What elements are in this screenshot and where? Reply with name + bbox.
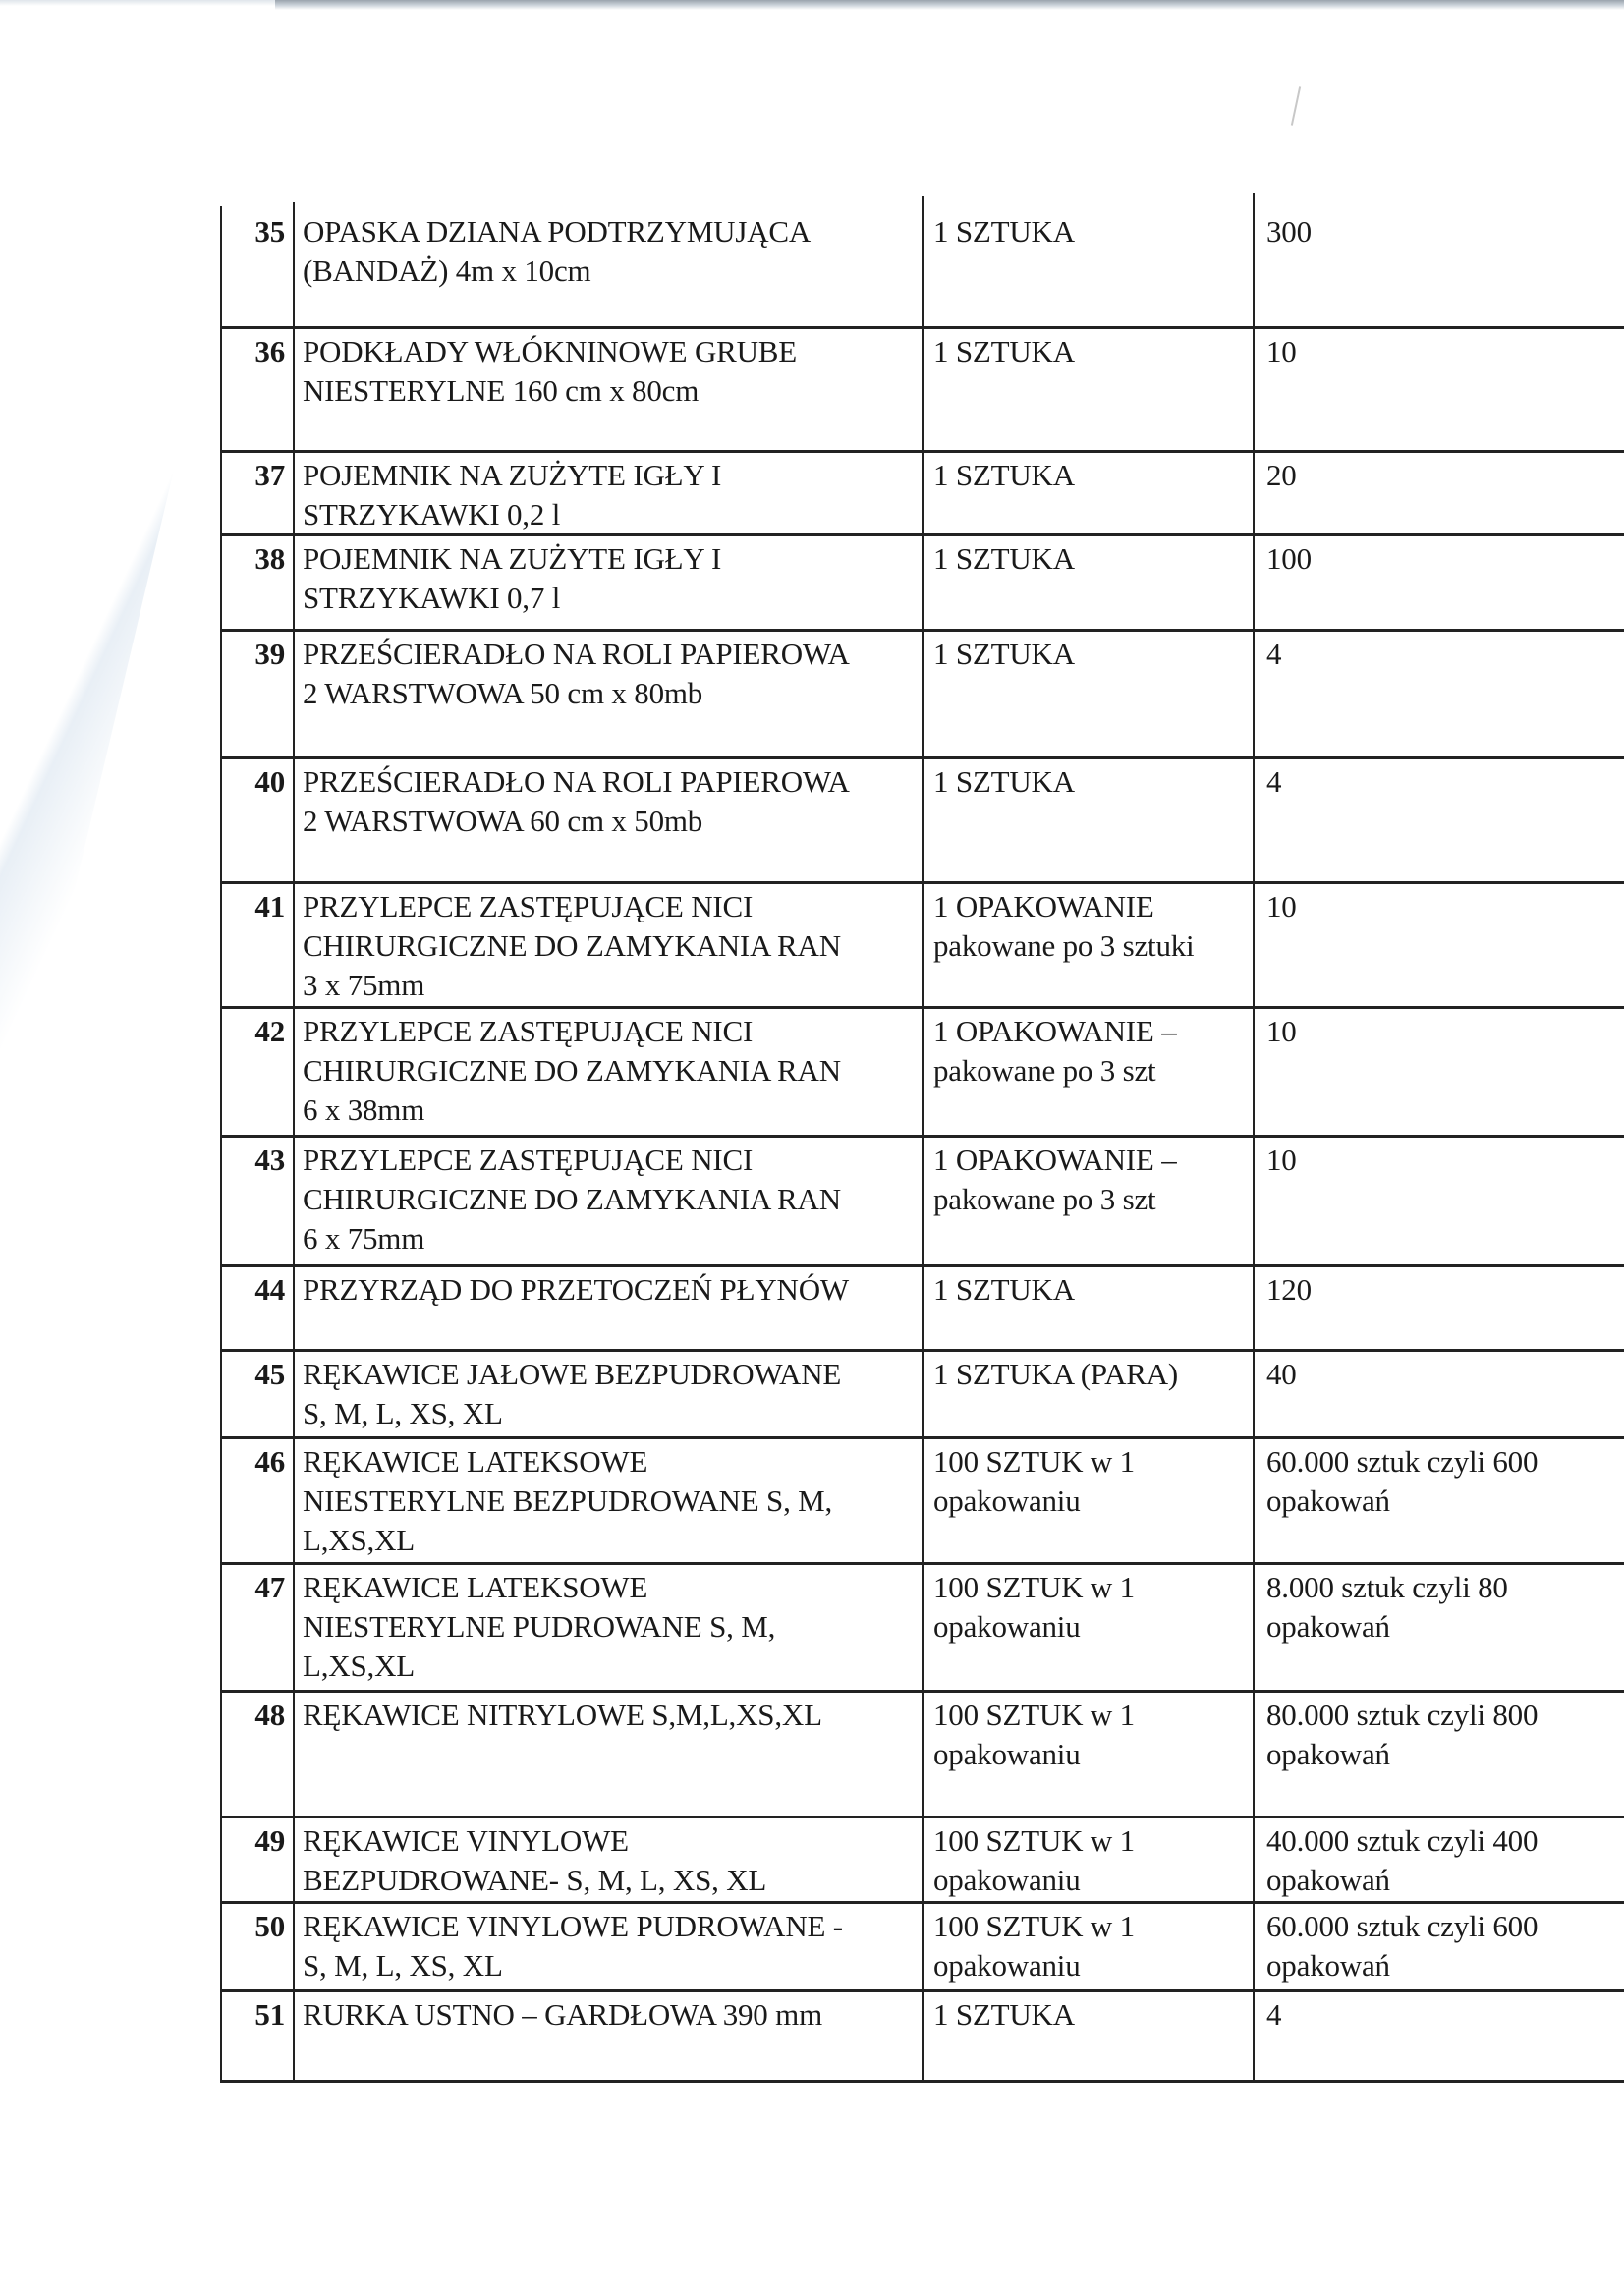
row-divider bbox=[220, 1816, 1624, 1818]
item-name: POJEMNIK NA ZUŻYTE IGŁY I STRZYKAWKI 0,7… bbox=[303, 539, 918, 618]
item-quantity: 60.000 sztuk czyli 600 opakowań bbox=[1266, 1907, 1618, 1985]
row-divider bbox=[220, 629, 1624, 632]
item-unit: 100 SZTUK w 1 opakowaniu bbox=[933, 1907, 1249, 1985]
item-name: PRZYRZĄD DO PRZETOCZEŃ PŁYNÓW bbox=[303, 1270, 918, 1310]
item-unit: 1 OPAKOWANIE – pakowane po 3 szt bbox=[933, 1012, 1249, 1090]
row-number: 37 bbox=[224, 456, 285, 495]
row-number: 48 bbox=[224, 1696, 285, 1735]
row-number: 41 bbox=[224, 887, 285, 926]
item-unit: 1 SZTUKA bbox=[933, 212, 1249, 252]
item-quantity: 10 bbox=[1266, 1141, 1618, 1180]
item-quantity: 60.000 sztuk czyli 600 opakowań bbox=[1266, 1442, 1618, 1521]
item-unit: 100 SZTUK w 1 opakowaniu bbox=[933, 1568, 1249, 1647]
item-quantity: 4 bbox=[1266, 1995, 1618, 2035]
item-quantity: 120 bbox=[1266, 1270, 1618, 1310]
item-unit: 1 SZTUKA bbox=[933, 1995, 1249, 2035]
items-table: 35OPASKA DZIANA PODTRZYMUJĄCA (BANDAŻ) 4… bbox=[0, 0, 1624, 2292]
row-divider bbox=[220, 1901, 1624, 1904]
item-quantity: 20 bbox=[1266, 456, 1618, 495]
row-number: 51 bbox=[224, 1995, 285, 2035]
item-quantity: 4 bbox=[1266, 635, 1618, 674]
row-number: 49 bbox=[224, 1821, 285, 1861]
item-quantity: 10 bbox=[1266, 1012, 1618, 1051]
column-divider bbox=[220, 206, 222, 2082]
row-divider bbox=[220, 1264, 1624, 1267]
row-number: 45 bbox=[224, 1355, 285, 1394]
item-quantity: 10 bbox=[1266, 332, 1618, 371]
row-divider bbox=[220, 1135, 1624, 1138]
row-number: 44 bbox=[224, 1270, 285, 1310]
row-divider bbox=[220, 1690, 1624, 1693]
item-name: POJEMNIK NA ZUŻYTE IGŁY I STRZYKAWKI 0,2… bbox=[303, 456, 918, 534]
row-number: 42 bbox=[224, 1012, 285, 1051]
item-name: RĘKAWICE LATEKSOWE NIESTERYLNE PUDROWANE… bbox=[303, 1568, 918, 1686]
row-divider bbox=[220, 2080, 1624, 2083]
row-divider bbox=[220, 1436, 1624, 1439]
row-divider bbox=[220, 450, 1624, 453]
item-unit: 1 SZTUKA bbox=[933, 1270, 1249, 1310]
item-name: PRZYLEPCE ZASTĘPUJĄCE NICI CHIRURGICZNE … bbox=[303, 1141, 918, 1258]
row-number: 38 bbox=[224, 539, 285, 579]
row-number: 43 bbox=[224, 1141, 285, 1180]
item-name: OPASKA DZIANA PODTRZYMUJĄCA (BANDAŻ) 4m … bbox=[303, 212, 918, 291]
item-unit: 1 SZTUKA bbox=[933, 539, 1249, 579]
item-name: RĘKAWICE LATEKSOWE NIESTERYLNE BEZPUDROW… bbox=[303, 1442, 918, 1560]
item-unit: 1 SZTUKA bbox=[933, 456, 1249, 495]
item-unit: 100 SZTUK w 1 opakowaniu bbox=[933, 1442, 1249, 1521]
item-quantity: 10 bbox=[1266, 887, 1618, 926]
item-quantity: 4 bbox=[1266, 762, 1618, 802]
row-number: 40 bbox=[224, 762, 285, 802]
row-number: 46 bbox=[224, 1442, 285, 1481]
row-number: 39 bbox=[224, 635, 285, 674]
item-name: PRZEŚCIERADŁO NA ROLI PAPIEROWA 2 WARSTW… bbox=[303, 762, 918, 841]
item-name: RURKA USTNO – GARDŁOWA 390 mm bbox=[303, 1995, 918, 2035]
item-name: PRZEŚCIERADŁO NA ROLI PAPIEROWA 2 WARSTW… bbox=[303, 635, 918, 713]
row-divider bbox=[220, 1562, 1624, 1565]
row-number: 36 bbox=[224, 332, 285, 371]
item-name: RĘKAWICE VINYLOWE BEZPUDROWANE- S, M, L,… bbox=[303, 1821, 918, 1900]
column-divider bbox=[293, 202, 295, 2082]
row-divider bbox=[220, 1989, 1624, 1992]
item-unit: 100 SZTUK w 1 opakowaniu bbox=[933, 1696, 1249, 1774]
row-divider bbox=[220, 326, 1624, 329]
item-quantity: 300 bbox=[1266, 212, 1618, 252]
row-divider bbox=[220, 756, 1624, 759]
item-unit: 1 SZTUKA (PARA) bbox=[933, 1355, 1249, 1394]
row-number: 47 bbox=[224, 1568, 285, 1607]
row-divider bbox=[220, 1006, 1624, 1009]
item-unit: 1 SZTUKA bbox=[933, 332, 1249, 371]
item-unit: 1 OPAKOWANIE – pakowane po 3 szt bbox=[933, 1141, 1249, 1219]
item-unit: 1 SZTUKA bbox=[933, 635, 1249, 674]
item-quantity: 40.000 sztuk czyli 400 opakowań bbox=[1266, 1821, 1618, 1900]
item-quantity: 8.000 sztuk czyli 80 opakowań bbox=[1266, 1568, 1618, 1647]
row-divider bbox=[220, 1349, 1624, 1352]
item-name: RĘKAWICE JAŁOWE BEZPUDROWANE S, M, L, XS… bbox=[303, 1355, 918, 1433]
item-quantity: 100 bbox=[1266, 539, 1618, 579]
item-quantity: 40 bbox=[1266, 1355, 1618, 1394]
row-number: 35 bbox=[224, 212, 285, 252]
item-name: PODKŁADY WŁÓKNINOWE GRUBE NIESTERYLNE 16… bbox=[303, 332, 918, 411]
column-divider bbox=[922, 196, 924, 2082]
item-quantity: 80.000 sztuk czyli 800 opakowań bbox=[1266, 1696, 1618, 1774]
item-name: RĘKAWICE VINYLOWE PUDROWANE - S, M, L, X… bbox=[303, 1907, 918, 1985]
row-number: 50 bbox=[224, 1907, 285, 1946]
row-divider bbox=[220, 881, 1624, 884]
item-unit: 100 SZTUK w 1 opakowaniu bbox=[933, 1821, 1249, 1900]
item-unit: 1 SZTUKA bbox=[933, 762, 1249, 802]
item-name: RĘKAWICE NITRYLOWE S,M,L,XS,XL bbox=[303, 1696, 918, 1735]
item-unit: 1 OPAKOWANIE pakowane po 3 sztuki bbox=[933, 887, 1249, 966]
item-name: PRZYLEPCE ZASTĘPUJĄCE NICI CHIRURGICZNE … bbox=[303, 887, 918, 1005]
item-name: PRZYLEPCE ZASTĘPUJĄCE NICI CHIRURGICZNE … bbox=[303, 1012, 918, 1130]
